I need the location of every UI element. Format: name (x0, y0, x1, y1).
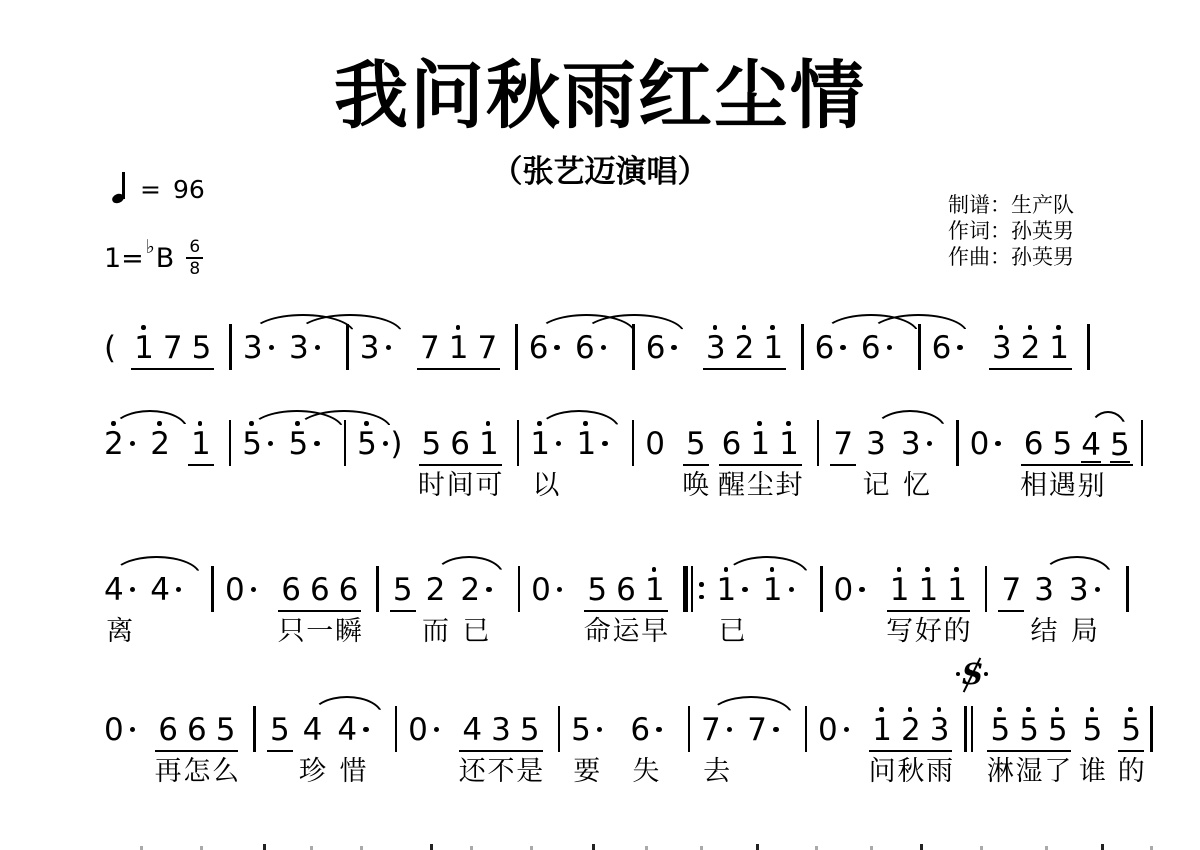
octave-dot (583, 421, 588, 426)
octave-dot (198, 421, 203, 426)
credits-block: 制谱：生产队 作词：孙英男 作曲：孙英男 (948, 192, 1074, 270)
sheet-music-page: { "page": {"width": 1200, "height": 850,… (0, 0, 1200, 850)
note-digit: 5 (571, 714, 591, 746)
note-digit: 3 (930, 714, 950, 746)
note: 1已 (717, 574, 748, 612)
note-digit: 1 (1049, 332, 1069, 364)
note: 2 (735, 332, 755, 364)
note-digit: 3 (1069, 574, 1089, 606)
note-digit: 1 (750, 428, 770, 460)
note-digit: 1 (872, 714, 892, 746)
note: 7 (833, 428, 853, 460)
score-line-4: 06再6怎5么54珍4惜04还3不5是5要6失7去701问2秋3雨S5淋5湿5了… (104, 700, 1164, 752)
rest-note: 0 (408, 714, 439, 752)
lyric: 别 (1078, 471, 1105, 503)
cutoff-barline-tick (1101, 844, 1104, 850)
cutoff-barline-tick (920, 844, 923, 850)
repeat-start-barline (683, 566, 704, 612)
lyric: 秋 (897, 756, 924, 788)
lyric: 而 (422, 616, 449, 648)
augmentation-dot (957, 345, 963, 351)
beam-group: 717 (417, 332, 500, 370)
note-digit: 6 (616, 574, 636, 606)
beam-group: 6相5遇4别5 (1021, 428, 1133, 466)
note: 6再 (158, 714, 178, 746)
note-digit: 5 (520, 714, 540, 746)
note-digit: 1 (191, 428, 211, 460)
note-digit: 6 (815, 332, 835, 364)
note: 3 (243, 332, 274, 370)
lyric: 尘 (747, 470, 774, 502)
note-digit: 6 (646, 332, 666, 364)
octave-dot (141, 325, 146, 330)
lyric: 可 (475, 470, 502, 502)
note: 5唤 (686, 428, 706, 460)
lyric: 淋 (987, 756, 1014, 788)
note: 5 (192, 332, 212, 364)
note: 1尘 (750, 428, 770, 460)
note: 5 (393, 574, 413, 606)
note-digit: 7 (163, 332, 183, 364)
octave-dot (1128, 707, 1133, 712)
note: 4 (150, 574, 181, 612)
augmentation-dot (844, 727, 850, 733)
note-digit: 3 (289, 332, 309, 364)
repeat-dots (699, 582, 704, 599)
note-digit: 5 (242, 428, 262, 460)
augmentation-dot (927, 441, 933, 447)
note-digit: 5 (1048, 714, 1068, 746)
note-digit: 3 (866, 428, 886, 460)
note-digit: 5 (357, 428, 377, 460)
note: 4惜 (337, 714, 368, 752)
note: 3局 (1069, 574, 1100, 612)
octave-dot (456, 325, 461, 330)
note-digit: 1 (645, 574, 665, 606)
lyric: 结 (1031, 616, 1058, 648)
beam-group: 175 (131, 332, 214, 370)
note: 7 (420, 332, 440, 364)
meter-lower: 8 (189, 259, 200, 278)
barline (376, 566, 379, 612)
note: 1 (134, 332, 154, 364)
augmentation-dot (315, 345, 321, 351)
barline (558, 706, 561, 752)
lyric: 局 (1071, 616, 1098, 648)
tempo-marking: = 96 (112, 172, 205, 204)
lyric: 再 (155, 756, 182, 788)
lyric: 的 (944, 616, 971, 648)
key-prefix: 1= (104, 243, 144, 274)
octave-dot (1028, 325, 1033, 330)
note: 2 (1021, 332, 1041, 364)
note-digit: 5 (216, 714, 236, 746)
lyric: 不 (487, 756, 514, 788)
lyric: 只 (278, 616, 305, 648)
note: 2秋 (901, 714, 921, 746)
note: 2 (104, 428, 135, 466)
augmentation-dot (656, 727, 662, 733)
note-digit: 3 (1034, 574, 1054, 606)
note: 1封 (779, 428, 799, 460)
note: 6 (529, 332, 560, 370)
note-digit: 6 (932, 332, 952, 364)
lyric: 已 (719, 616, 746, 648)
octave-dot (954, 567, 959, 572)
augmentation-dot (130, 727, 136, 733)
lyric: 运 (612, 616, 639, 648)
note: 6失 (630, 714, 661, 752)
note: 1写 (890, 574, 910, 606)
note: 5 (242, 428, 273, 466)
octave-dot (713, 325, 718, 330)
segno-icon: S (958, 656, 986, 694)
note: 2而 (426, 574, 446, 612)
note: 5 (270, 714, 290, 746)
note: 7 (747, 714, 778, 752)
note: 3 (360, 332, 391, 370)
note: 1 (763, 574, 794, 612)
note: 6运 (616, 574, 636, 606)
segno-dot (984, 672, 988, 676)
octave-dot (879, 707, 884, 712)
lyric: 遇 (1049, 470, 1076, 502)
note-digit: 1 (918, 574, 938, 606)
note: 2 (150, 428, 170, 466)
beam-group: 4还3不5是 (459, 714, 542, 752)
beam-group: 7 (830, 428, 856, 466)
beam-group: 5 (390, 574, 416, 612)
augmentation-dot (602, 441, 608, 447)
key-tonic: B (156, 243, 175, 274)
note: 6 (815, 332, 846, 370)
lyric: 失 (632, 756, 659, 788)
augmentation-dot (773, 727, 779, 733)
note-digit: 1 (530, 428, 550, 460)
note: 5 (288, 428, 319, 466)
note-digit: 6 (861, 332, 881, 364)
note-digit: 1 (576, 428, 596, 460)
paren: ) (390, 428, 402, 466)
note: 2已 (460, 574, 491, 612)
augmentation-dot (314, 441, 320, 447)
augmentation-dot (727, 727, 733, 733)
note: 4还 (462, 714, 482, 746)
augmentation-dot (554, 345, 560, 351)
octave-dot (486, 421, 491, 426)
note-digit: 6 (158, 714, 178, 746)
barline (211, 566, 214, 612)
note-digit: 6 (187, 714, 207, 746)
augmentation-dot (789, 587, 795, 593)
note-digit: 2 (426, 574, 446, 606)
score-sheet: 我问秋雨红尘情 （张艺迈演唱） = 96 1= ♭ B 6 8 制谱：生产队 作… (0, 0, 1200, 850)
augmentation-dot (130, 587, 136, 593)
octave-dot (1026, 707, 1031, 712)
octave-dot (1055, 707, 1060, 712)
beam-group: 321 (989, 332, 1072, 370)
note: 5么 (216, 714, 236, 746)
note: 6间 (450, 428, 470, 460)
note-digit: 6 (339, 574, 359, 606)
beam-group: 5 (267, 714, 293, 752)
note-digit: 1 (449, 332, 469, 364)
double-barline: S (964, 706, 973, 752)
time-signature: 6 8 (186, 238, 203, 278)
note-digit: 3 (491, 714, 511, 746)
note-digit: 1 (947, 574, 967, 606)
lyric: 怎 (183, 756, 210, 788)
beam-group: 1写1好1的 (887, 574, 970, 612)
note-digit: 1 (134, 332, 154, 364)
cutoff-note-tick (140, 846, 143, 850)
note: 1早 (645, 574, 665, 606)
note-digit: 3 (992, 332, 1012, 364)
barline (632, 420, 635, 466)
note-digit: 5 (1083, 714, 1103, 746)
augmentation-dot (742, 587, 748, 593)
note-digit: 2 (460, 574, 480, 606)
note-digit: 4 (104, 574, 124, 606)
note-digit: 5 (1110, 429, 1130, 461)
score-line-3: 4离406只6一6瞬52而2已05命6运1早1已101写1好1的73结3局 (104, 560, 1140, 612)
note: 1 (763, 332, 783, 364)
barline (1126, 566, 1129, 612)
cutoff-note-tick (870, 846, 873, 850)
barline (985, 566, 988, 612)
paren: ( (104, 332, 116, 370)
augmentation-dot (130, 441, 136, 447)
note-digit: 6 (281, 574, 301, 606)
octave-dot (364, 421, 369, 426)
lyric: 命 (584, 616, 611, 648)
augmentation-dot (887, 345, 893, 351)
note: 5时 (422, 428, 442, 460)
note-digit: 4 (337, 714, 357, 746)
note-digit: 5 (288, 428, 308, 460)
note-digit: 7 (420, 332, 440, 364)
note-digit: 3 (360, 332, 380, 364)
note: 1以 (530, 428, 561, 466)
note-digit: 7 (1001, 574, 1021, 606)
note-digit: 6 (575, 332, 595, 364)
note: 5谁 (1083, 714, 1103, 752)
lyric: 瞬 (335, 616, 362, 648)
barline (518, 566, 521, 612)
cutoff-note-tick (200, 846, 203, 850)
barline (1150, 706, 1153, 752)
note: 6相 (1024, 428, 1044, 460)
augmentation-dot (386, 345, 392, 351)
note: 1 (449, 332, 469, 364)
beam-group: 5唤 (683, 428, 709, 466)
rest-note: 0 (645, 428, 665, 466)
lyric: 珍 (299, 756, 326, 788)
note: 5 (1110, 429, 1130, 463)
song-title: 我问秋雨红尘情 (0, 50, 1200, 142)
note-digit: 2 (901, 714, 921, 746)
note-digit: 4 (150, 574, 170, 606)
lyric: 以 (532, 470, 559, 502)
note: 5命 (587, 574, 607, 606)
note-digit: 6 (529, 332, 549, 364)
octave-dot (786, 421, 791, 426)
note: 6一 (310, 574, 330, 606)
augmentation-dot (995, 441, 1001, 447)
note-digit: 0 (818, 714, 838, 746)
augmentation-dot (597, 727, 603, 733)
cutoff-note-tick (1045, 846, 1048, 850)
octave-dot (997, 707, 1002, 712)
augmentation-dot (1095, 587, 1101, 593)
note-digit: 0 (645, 428, 665, 460)
octave-dot (897, 567, 902, 572)
barline (253, 706, 256, 752)
cutoff-note-tick (815, 846, 818, 850)
note-digit: 2 (735, 332, 755, 364)
beam-group: 7 (998, 574, 1024, 612)
credit-composer: 作曲：孙英男 (948, 244, 1074, 270)
barline (801, 324, 804, 370)
note: 1 (576, 428, 607, 466)
note-digit: 5 (192, 332, 212, 364)
note-digit: 7 (747, 714, 767, 746)
note-digit: 5 (1019, 714, 1039, 746)
cutoff-barline-tick (263, 844, 266, 850)
barline (1141, 420, 1144, 466)
note-digit: 0 (531, 574, 551, 606)
note-digit: 0 (408, 714, 428, 746)
lyric: 问 (869, 756, 896, 788)
lyric: 了 (1044, 756, 1071, 788)
cutoff-barline-tick (756, 844, 759, 850)
barline (820, 566, 823, 612)
beam-group: 6再6怎5么 (155, 714, 238, 752)
score-line-1: (175333717666321666321 (104, 318, 1101, 370)
tempo-equals: = (140, 176, 161, 204)
barline (688, 706, 691, 752)
octave-dot (937, 707, 942, 712)
augmentation-dot (601, 345, 607, 351)
note: 1 (1049, 332, 1069, 364)
note: 3 (992, 332, 1012, 364)
note: 7 (1001, 574, 1021, 606)
lyric: 是 (516, 756, 543, 788)
lyric: 去 (703, 756, 730, 788)
octave-dot (1090, 707, 1095, 712)
note: 5湿 (1019, 714, 1039, 746)
lyric: 的 (1118, 756, 1145, 788)
beam-group: 5时6间1可 (419, 428, 502, 466)
lyric: 惜 (340, 756, 367, 788)
lyric: 唤 (682, 470, 709, 502)
augmentation-dot (176, 587, 182, 593)
note-digit: 0 (104, 714, 124, 746)
credit-arranger: 制谱：生产队 (948, 192, 1074, 218)
lyric: 相 (1020, 470, 1047, 502)
note-digit: 5 (686, 428, 706, 460)
note: 6怎 (187, 714, 207, 746)
octave-dot (908, 707, 913, 712)
cutoff-note-tick (360, 846, 363, 850)
note: 6醒 (722, 428, 742, 460)
cutoff-note-tick (645, 846, 648, 850)
note-digit: 6 (310, 574, 330, 606)
beam-group: 1 (188, 428, 214, 466)
note: 7去 (701, 714, 732, 752)
note: 1好 (918, 574, 938, 606)
octave-dot (999, 325, 1004, 330)
lyric: 间 (447, 470, 474, 502)
note-digit: 5 (1121, 714, 1141, 746)
cutoff-note-tick (980, 846, 983, 850)
barline (805, 706, 808, 752)
lyric: 已 (462, 616, 489, 648)
score-line-2: 221555)5时6间1可1以105唤6醒1尘1封73记3忆06相5遇4别5 (104, 414, 1154, 466)
note: 1问 (872, 714, 892, 746)
augmentation-dot (671, 345, 677, 351)
beam-group: 6只6一6瞬 (278, 574, 361, 612)
lyric: 早 (641, 616, 668, 648)
cutoff-note-tick (700, 846, 703, 850)
cutoff-note-tick (310, 846, 313, 850)
lyric: 忆 (903, 470, 930, 502)
barline (517, 420, 520, 466)
beam-group: 321 (703, 332, 786, 370)
cutoff-barline-tick (430, 844, 433, 850)
note: 3雨 (930, 714, 950, 746)
octave-dot (757, 421, 762, 426)
augmentation-dot (486, 587, 492, 593)
rest-note: 0 (531, 574, 562, 612)
lyric: 还 (459, 756, 486, 788)
octave-dot (742, 325, 747, 330)
credit-lyricist: 作词：孙英男 (948, 218, 1074, 244)
augmentation-dot (556, 441, 562, 447)
augmentation-dot (363, 727, 369, 733)
note: 6只 (281, 574, 301, 606)
note: 7 (477, 332, 497, 364)
barline (1087, 324, 1090, 370)
note: 1 (191, 428, 211, 460)
note: 3忆 (901, 428, 932, 466)
note-digit: 3 (901, 428, 921, 460)
note: 6 (861, 332, 892, 370)
beam-group: 5的 (1118, 714, 1144, 752)
beam-group: 6醒1尘1封 (719, 428, 802, 466)
lyric: 离 (106, 616, 133, 648)
note-digit: 4 (303, 714, 323, 746)
note-digit: 0 (970, 428, 990, 460)
note-digit: 5 (587, 574, 607, 606)
note-digit: 7 (701, 714, 721, 746)
note: 5了 (1048, 714, 1068, 746)
note-digit: 4 (462, 714, 482, 746)
note-digit: 1 (763, 574, 783, 606)
octave-dot (1056, 325, 1061, 330)
rest-note: 0 (104, 714, 135, 752)
note-digit: 6 (630, 714, 650, 746)
note-digit: 0 (225, 574, 245, 606)
beam-group: 1问2秋3雨 (869, 714, 952, 752)
note-digit: 2 (1021, 332, 1041, 364)
note-digit: 6 (1024, 428, 1044, 460)
note-digit: 6 (450, 428, 470, 460)
note: 6 (646, 332, 677, 370)
note-digit: 5 (1053, 428, 1073, 460)
note-digit: 2 (104, 428, 124, 460)
cutoff-note-tick (1150, 846, 1153, 850)
